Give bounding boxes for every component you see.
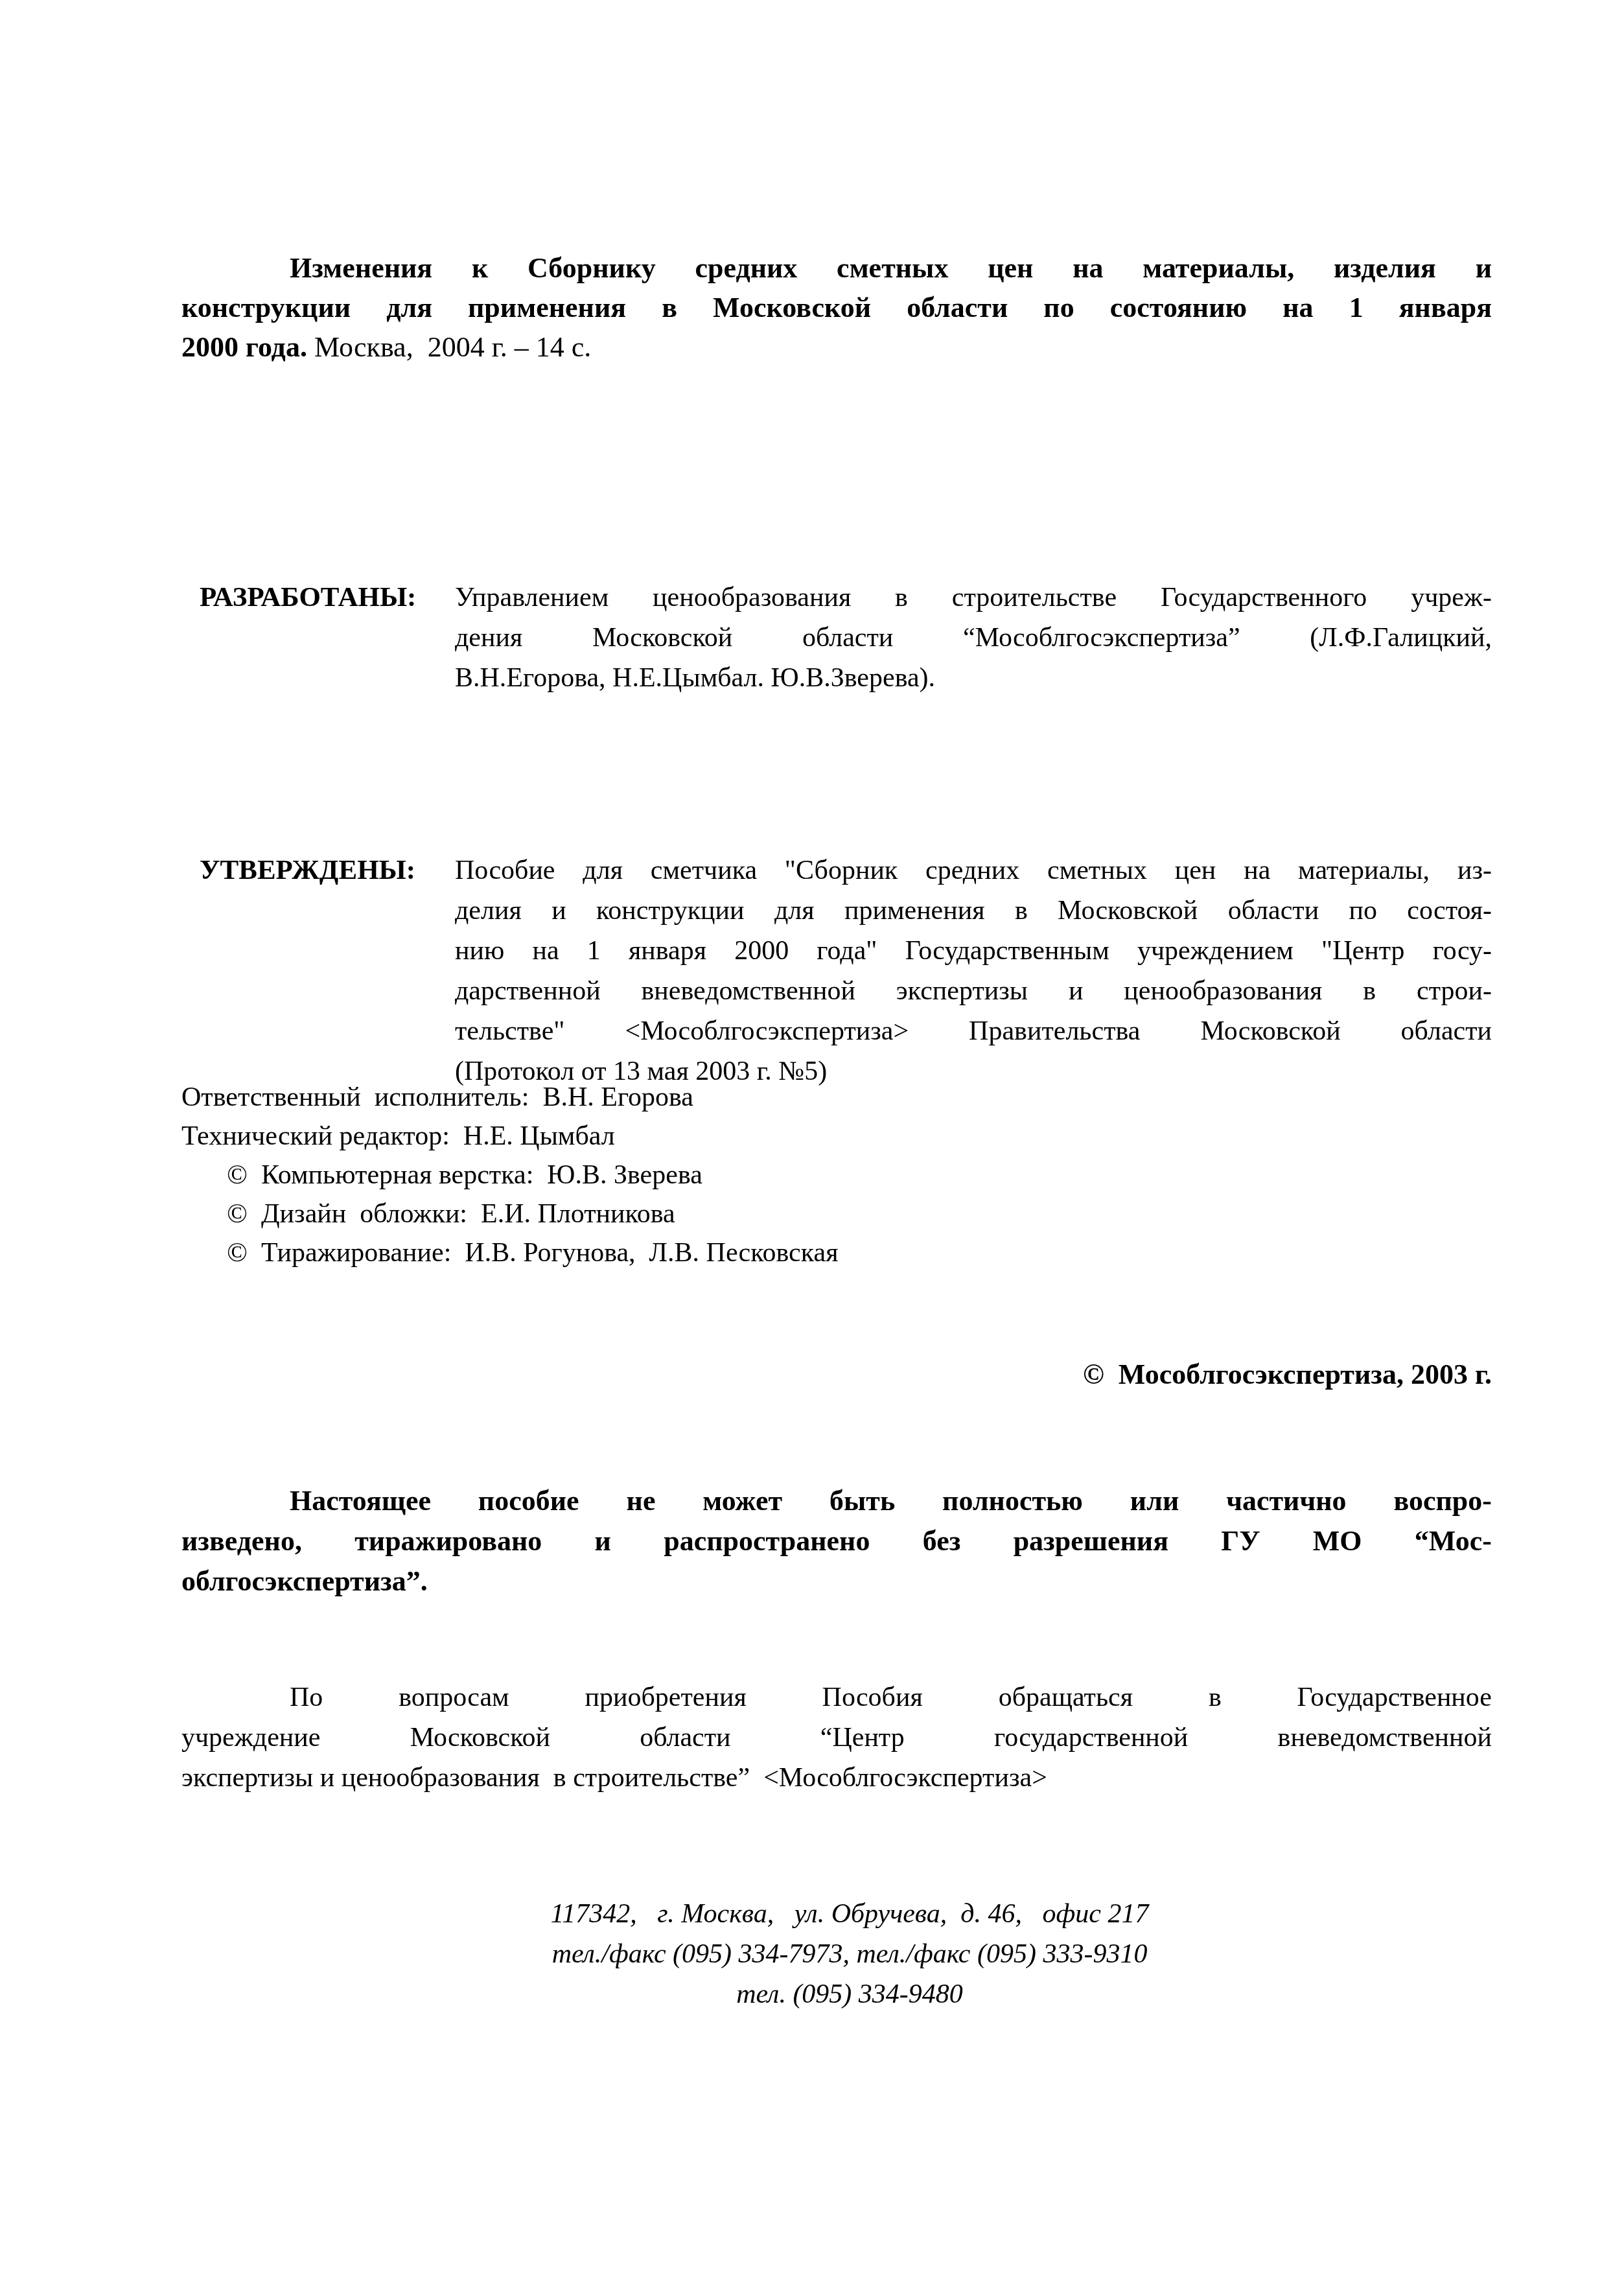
- developed-by-section: РАЗРАБОТАНЫ: Управлением ценообразования…: [181, 577, 1492, 698]
- credit-technical-editor: Технический редактор: Н.Е. Цымбал: [181, 1117, 1492, 1156]
- title-line: конструкции для применения в Московской …: [181, 288, 1492, 327]
- credit-reproduction: © Тиражирование: И.В. Рогунова, Л.В. Пес…: [181, 1233, 1492, 1272]
- developed-line: В.Н.Егорова, Н.Е.Цымбал. Ю.В.Зверева).: [455, 658, 1492, 698]
- title-imprint: Москва, 2004 г. – 14 с.: [307, 331, 591, 363]
- developed-line: дения Московской области “Мособлгосэкспе…: [455, 618, 1492, 658]
- restriction-line: облгосэкспертиза”.: [181, 1561, 1492, 1602]
- restriction-line: Настоящее пособие не может быть полность…: [181, 1481, 1492, 1521]
- phone-fax-line: тел./факс (095) 334-7973, тел./факс (095…: [207, 1934, 1492, 1974]
- approved-line: тельстве" <Мособлгосэкспертиза> Правител…: [455, 1011, 1492, 1051]
- restriction-paragraph: Настоящее пособие не может быть полность…: [181, 1481, 1492, 1602]
- bibliographic-title: Изменения к Сборнику средних сметных цен…: [181, 248, 1492, 367]
- developed-by-text: Управлением ценообразования в строительс…: [455, 577, 1492, 698]
- title-year-bold: 2000 года.: [181, 331, 307, 363]
- title-line: 2000 года. Москва, 2004 г. – 14 с.: [181, 327, 1492, 367]
- acquisition-paragraph: По вопросам приобретения Пособия обращат…: [181, 1677, 1492, 1798]
- title-line: Изменения к Сборнику средних сметных цен…: [181, 248, 1492, 288]
- restriction-line: изведено, тиражировано и распространено …: [181, 1521, 1492, 1561]
- approved-line: Пособие для сметчика "Сборник средних см…: [455, 850, 1492, 891]
- approved-line: дарственной вневедомственной экспертизы …: [455, 971, 1492, 1011]
- postal-address-line: 117342, г. Москва, ул. Обручева, д. 46, …: [207, 1894, 1492, 1934]
- developed-by-label: РАЗРАБОТАНЫ:: [200, 577, 416, 618]
- credit-responsible-executor: Ответственный исполнитель: В.Н. Егорова: [181, 1078, 1492, 1117]
- document-page: Изменения к Сборнику средних сметных цен…: [0, 0, 1624, 2284]
- approved-line: делия и конструкции для применения в Мос…: [455, 891, 1492, 931]
- credit-layout: © Компьютерная верстка: Ю.В. Зверева: [181, 1156, 1492, 1194]
- approved-line: нию на 1 января 2000 года" Государственн…: [455, 931, 1492, 971]
- credits-block: Ответственный исполнитель: В.Н. Егорова …: [181, 1078, 1492, 1272]
- approved-by-text: Пособие для сметчика "Сборник средних см…: [455, 850, 1492, 1091]
- developed-line: Управлением ценообразования в строительс…: [455, 577, 1492, 618]
- credit-cover-design: © Дизайн обложки: Е.И. Плотникова: [181, 1194, 1492, 1233]
- approved-by-section: УТВЕРЖДЕНЫ: Пособие для сметчика "Сборни…: [181, 850, 1492, 1091]
- contact-address-block: 117342, г. Москва, ул. Обручева, д. 46, …: [181, 1894, 1492, 2014]
- acquisition-line: экспертизы и ценообразования в строитель…: [181, 1758, 1492, 1798]
- acquisition-line: учреждение Московской области “Центр гос…: [181, 1718, 1492, 1758]
- phone-line: тел. (095) 334-9480: [207, 1974, 1492, 2014]
- acquisition-line: По вопросам приобретения Пособия обращат…: [181, 1677, 1492, 1718]
- copyright-line: © Мособлгосэкспертиза, 2003 г.: [181, 1355, 1492, 1395]
- approved-by-label: УТВЕРЖДЕНЫ:: [200, 850, 415, 891]
